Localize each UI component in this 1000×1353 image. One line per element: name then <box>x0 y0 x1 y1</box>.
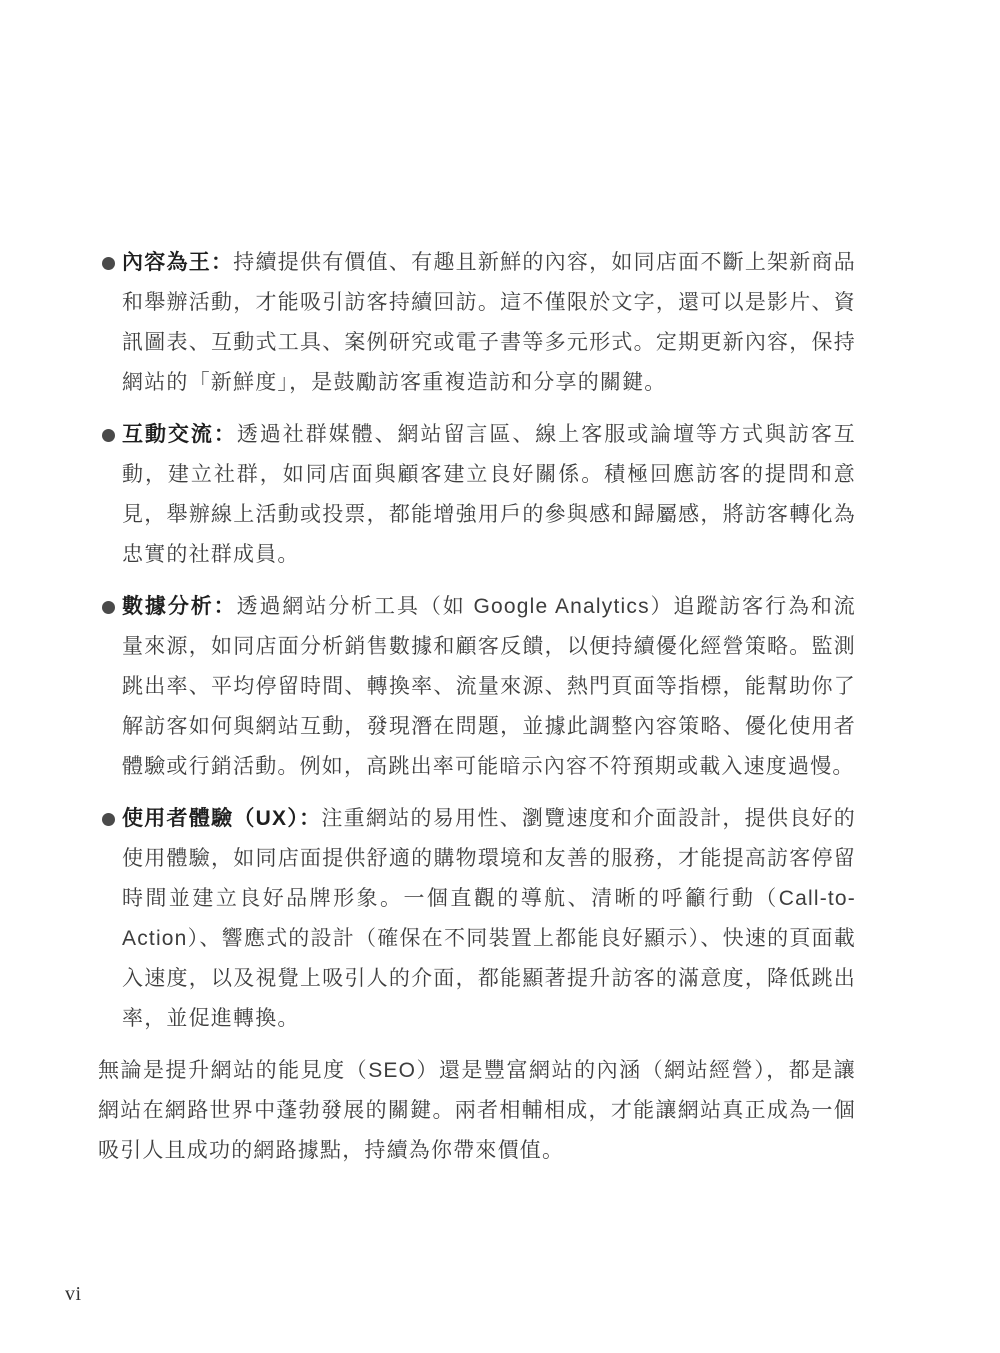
list-item-text: 使用者體驗（UX）：注重網站的易用性、瀏覽速度和介面設計，提供良好的使用體驗，如… <box>122 799 856 1039</box>
book-page: 內容為王：持續提供有價值、有趣且新鮮的內容，如同店面不斷上架新商品和舉辦活動，才… <box>0 0 1000 1353</box>
bullet-list: 內容為王：持續提供有價值、有趣且新鮮的內容，如同店面不斷上架新商品和舉辦活動，才… <box>98 243 856 1039</box>
bullet-icon <box>102 813 115 826</box>
page-content: 內容為王：持續提供有價值、有趣且新鮮的內容，如同店面不斷上架新商品和舉辦活動，才… <box>98 243 856 1171</box>
list-item: 使用者體驗（UX）：注重網站的易用性、瀏覽速度和介面設計，提供良好的使用體驗，如… <box>98 799 856 1039</box>
closing-paragraph: 無論是提升網站的能見度（SEO）還是豐富網站的內涵（網站經營），都是讓網站在網路… <box>98 1051 856 1171</box>
bullet-icon <box>102 257 115 270</box>
item-heading: 內容為王： <box>122 251 233 274</box>
list-item-text: 數據分析：透過網站分析工具（如 Google Analytics）追蹤訪客行為和… <box>122 587 856 787</box>
list-item-text: 內容為王：持續提供有價值、有趣且新鮮的內容，如同店面不斷上架新商品和舉辦活動，才… <box>122 243 856 403</box>
list-item: 內容為王：持續提供有價值、有趣且新鮮的內容，如同店面不斷上架新商品和舉辦活動，才… <box>98 243 856 403</box>
item-heading: 使用者體驗（UX）： <box>122 807 321 830</box>
bullet-icon <box>102 601 115 614</box>
bullet-icon <box>102 429 115 442</box>
list-item: 數據分析：透過網站分析工具（如 Google Analytics）追蹤訪客行為和… <box>98 587 856 787</box>
list-item-text: 互動交流：透過社群媒體、網站留言區、線上客服或論壇等方式與訪客互動，建立社群，如… <box>122 415 856 575</box>
item-body: 透過網站分析工具（如 Google Analytics）追蹤訪客行為和流量來源，… <box>122 595 856 778</box>
list-item: 互動交流：透過社群媒體、網站留言區、線上客服或論壇等方式與訪客互動，建立社群，如… <box>98 415 856 575</box>
page-number: vi <box>65 1282 82 1306</box>
item-body: 注重網站的易用性、瀏覽速度和介面設計，提供良好的使用體驗，如同店面提供舒適的購物… <box>122 807 856 1030</box>
item-body: 持續提供有價值、有趣且新鮮的內容，如同店面不斷上架新商品和舉辦活動，才能吸引訪客… <box>122 251 856 394</box>
item-heading: 互動交流： <box>122 423 237 446</box>
item-heading: 數據分析： <box>122 595 237 618</box>
